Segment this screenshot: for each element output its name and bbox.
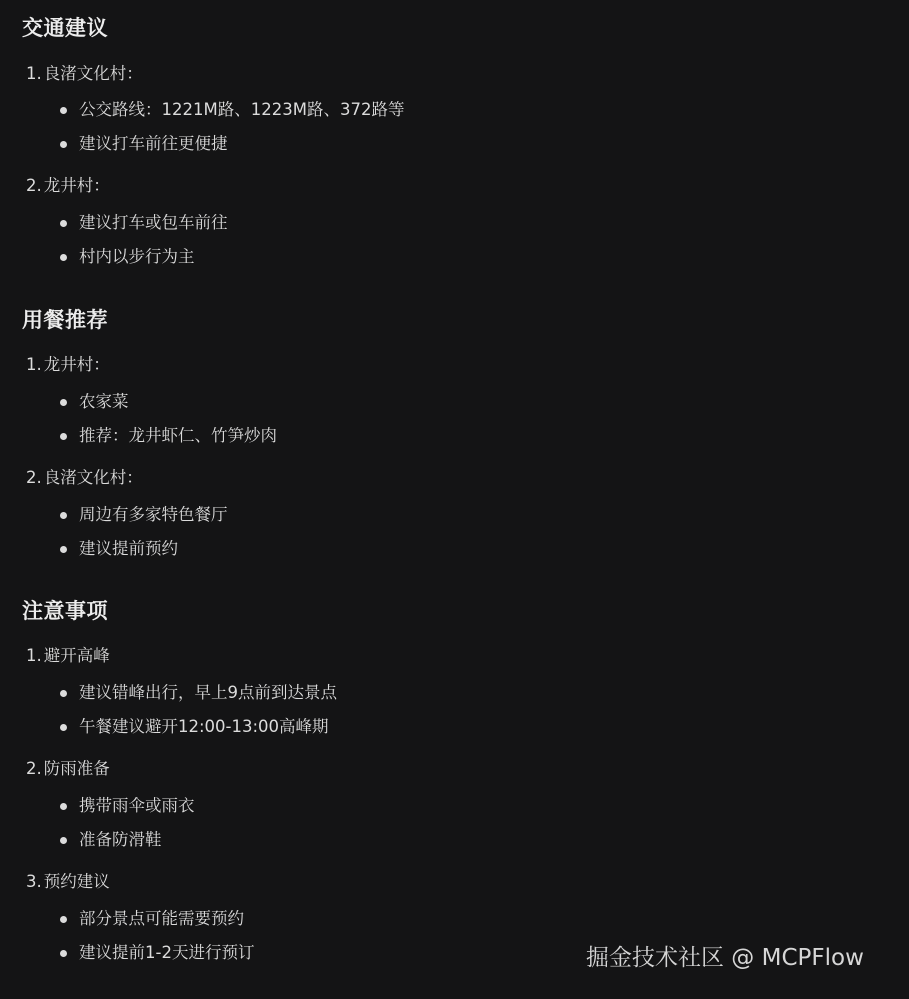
list-number: 2. <box>26 176 42 195</box>
ordered-list-item: 2.龙井村： <box>22 172 110 200</box>
list-number: 2. <box>26 468 42 487</box>
list-item-label: 预约建议 <box>44 872 110 891</box>
bullet-text: 建议打车前往更便捷 <box>79 134 228 153</box>
section-heading: 用餐推荐 <box>22 305 108 335</box>
bullet-text: 农家菜 <box>79 392 129 411</box>
list-item-label: 良渚文化村： <box>44 64 143 83</box>
bullet-dot-icon <box>60 546 67 553</box>
bullet-item: 村内以步行为主 <box>22 240 195 274</box>
list-number: 2. <box>26 759 42 778</box>
bullet-dot-icon <box>60 724 67 731</box>
bullet-item: 午餐建议避开12:00-13:00高峰期 <box>22 710 329 744</box>
list-item-label: 龙井村： <box>44 355 110 374</box>
list-number: 1. <box>26 64 42 83</box>
bullet-dot-icon <box>60 107 67 114</box>
ordered-list-item: 2.良渚文化村： <box>22 464 143 492</box>
bullet-item: 建议提前1-2天进行预订 <box>22 936 254 970</box>
section-heading: 交通建议 <box>22 13 108 43</box>
bullet-dot-icon <box>60 512 67 519</box>
bullet-dot-icon <box>60 399 67 406</box>
bullet-item: 建议打车前往更便捷 <box>22 127 228 161</box>
bullet-item: 建议打车或包车前往 <box>22 206 228 240</box>
bullet-text: 公交路线：1221M路、1223M路、372路等 <box>79 100 404 119</box>
watermark: 掘金技术社区 @ MCPFlow <box>586 941 864 975</box>
bullet-dot-icon <box>60 141 67 148</box>
ordered-list-item: 3.预约建议 <box>22 868 110 896</box>
ordered-list-item: 1.良渚文化村： <box>22 60 143 88</box>
bullet-dot-icon <box>60 220 67 227</box>
bullet-dot-icon <box>60 254 67 261</box>
bullet-item: 携带雨伞或雨衣 <box>22 789 195 823</box>
list-item-label: 良渚文化村： <box>44 468 143 487</box>
bullet-item: 建议提前预约 <box>22 532 178 566</box>
list-number: 1. <box>26 646 42 665</box>
list-item-label: 防雨准备 <box>44 759 110 778</box>
bullet-text: 部分景点可能需要预约 <box>79 909 244 928</box>
bullet-text: 建议错峰出行，早上9点前到达景点 <box>79 683 337 702</box>
bullet-item: 公交路线：1221M路、1223M路、372路等 <box>22 93 404 127</box>
list-number: 3. <box>26 872 42 891</box>
bullet-text: 建议打车或包车前往 <box>79 213 228 232</box>
bullet-item: 农家菜 <box>22 385 129 419</box>
bullet-text: 午餐建议避开12:00-13:00高峰期 <box>79 717 329 736</box>
bullet-item: 准备防滑鞋 <box>22 823 162 857</box>
ordered-list-item: 2.防雨准备 <box>22 755 110 783</box>
bullet-item: 建议错峰出行，早上9点前到达景点 <box>22 676 337 710</box>
bullet-text: 准备防滑鞋 <box>79 830 162 849</box>
bullet-text: 推荐：龙井虾仁、竹笋炒肉 <box>79 426 277 445</box>
ordered-list-item: 1.避开高峰 <box>22 642 110 670</box>
bullet-dot-icon <box>60 690 67 697</box>
bullet-item: 推荐：龙井虾仁、竹笋炒肉 <box>22 419 277 453</box>
ordered-list-item: 1.龙井村： <box>22 351 110 379</box>
bullet-dot-icon <box>60 433 67 440</box>
section-heading: 注意事项 <box>22 596 108 626</box>
bullet-text: 建议提前预约 <box>79 539 178 558</box>
list-item-label: 龙井村： <box>44 176 110 195</box>
bullet-item: 部分景点可能需要预约 <box>22 902 244 936</box>
list-item-label: 避开高峰 <box>44 646 110 665</box>
bullet-text: 村内以步行为主 <box>79 247 195 266</box>
bullet-text: 建议提前1-2天进行预订 <box>79 943 254 962</box>
bullet-text: 周边有多家特色餐厅 <box>79 505 228 524</box>
bullet-item: 周边有多家特色餐厅 <box>22 498 228 532</box>
bullet-dot-icon <box>60 837 67 844</box>
list-number: 1. <box>26 355 42 374</box>
bullet-dot-icon <box>60 916 67 923</box>
bullet-dot-icon <box>60 803 67 810</box>
bullet-dot-icon <box>60 950 67 957</box>
bullet-text: 携带雨伞或雨衣 <box>79 796 195 815</box>
